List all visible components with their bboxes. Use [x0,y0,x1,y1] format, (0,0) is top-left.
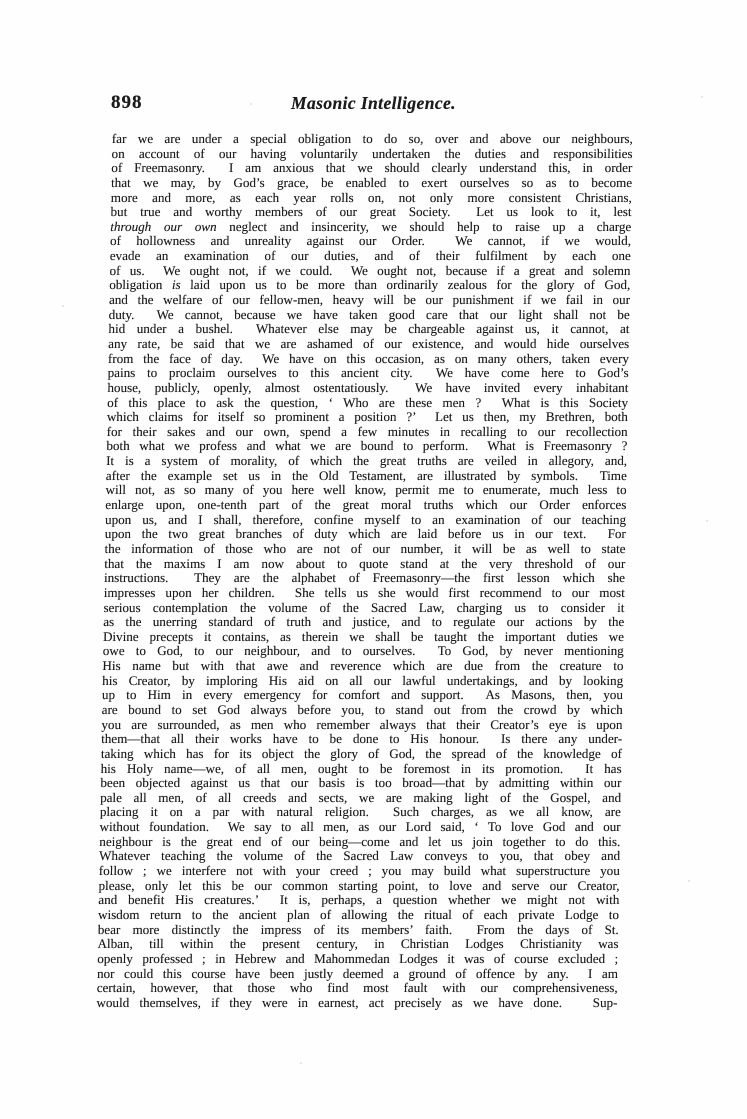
text-line: enlarge upon, one-tenth part of the grea… [105,498,626,513]
text-line: upon the two great branches of duty whic… [105,527,626,542]
running-title: Masonic Intelligence. [0,93,747,114]
text-line: evade an examination of our duties, and … [110,249,631,264]
text-line: that the maxims I am now about to quote … [104,557,625,572]
scan-speck [250,103,252,105]
text-line: but true and worthy members of our great… [110,205,631,220]
scan-speck [524,139,526,141]
text-line: house, publicly, openly, almost ostentat… [107,381,628,396]
scan-speck [706,520,708,522]
scanned-document-page: 898 Masonic Intelligence. far we are und… [0,0,747,1119]
text-line: obligation is laid upon us to be more th… [109,278,630,293]
text-line: of us. We ought not, if we could. We oug… [109,264,630,279]
scan-speck [530,1008,532,1010]
text-line: would themselves, if they were in earnes… [96,996,617,1011]
body-text: far we are under a special obligation to… [96,132,633,1010]
text-line: through our own neglect and insincerity,… [110,220,631,235]
text-line: follow ; we interfere not with your cree… [99,864,620,879]
text-line: the information of those who are not of … [104,542,625,557]
text-line: of Freemasonry. I am anxious that we sho… [111,161,632,176]
text-line: It is a system of morality, of which the… [106,454,627,469]
text-line: them—that all their works have to be don… [101,732,622,747]
text-line: taking which has for its object the glor… [101,747,622,762]
text-line: upon us, and I shall, therefore, confine… [105,513,626,528]
text-line: nor could this course have been justly d… [97,967,618,982]
text-line: hid under a bushel. Whatever else may be… [108,322,629,337]
text-line: Divine precepts it contains, as therein … [103,630,624,645]
text-line: as the unerring standard of truth and ju… [103,615,624,630]
text-line: Whatever teaching the volume of the Sacr… [99,849,620,864]
text-line: pale all men, of all creeds and sects, w… [100,791,621,806]
scan-speck [300,1062,302,1064]
running-header: 898 Masonic Intelligence. [0,92,747,118]
text-line: placing it on a par with natural religio… [100,805,621,820]
text-line: impresses upon her children. She tells u… [104,586,625,601]
text-line: which claims for itself so prominent a p… [107,410,628,425]
text-line: serious contemplation the volume of the … [103,601,624,616]
text-line: neighbour is the great end of our being—… [99,835,620,850]
text-line: of this place to ask the question, ‘ Who… [107,396,628,411]
italic-phrase: is [172,277,181,292]
text-line: duty. We cannot, because we have taken g… [109,308,630,323]
text-line: far we are under a special obligation to… [112,132,633,147]
text-line: are bound to set God always before you, … [102,703,623,718]
text-line: wisdom return to the ancient plan of all… [98,908,619,923]
text-line: instructions. They are the alphabet of F… [104,571,625,586]
text-line: Alban, till within the present century, … [97,937,618,952]
text-line: up to Him in every emergency for comfort… [102,688,623,703]
text-line: been objected against us that our basis … [100,776,621,791]
text-line: both what we profess and what we are bou… [106,439,627,454]
text-line: owe to God, to our neighbour, and to our… [103,644,624,659]
scan-speck [62,305,64,307]
text-line: please, only let this be our common star… [98,879,619,894]
text-line: his Creator, by imploring His aid on all… [102,674,623,689]
text-line: from the face of day. We have on this oc… [108,352,629,367]
text-line: will not, as so many of you here well kn… [105,483,626,498]
text-line: more and more, as each year rolls on, no… [111,191,632,206]
text-line: and benefit His creatures.’ It is, perha… [98,893,619,908]
scan-speck [688,880,690,882]
scan-speck [701,96,703,98]
text-line: any rate, be said that we are ashamed of… [108,337,629,352]
text-line: that we may, by God’s grace, be enabled … [111,176,632,191]
text-line: of hollowness and unreality against our … [110,234,631,249]
text-line: bear more distinctly the impress of its … [98,923,619,938]
italic-phrase: through our own [110,219,217,234]
text-line: certain, however, that those who find mo… [97,981,618,996]
text-line: his Holy name—we, of all men, ought to b… [101,762,622,777]
text-line: pains to proclaim ourselves to this anci… [108,366,629,381]
text-line: openly professed ; in Hebrew and Mahomme… [97,952,618,967]
text-line: for their sakes and our own, spend a few… [107,425,628,440]
text-line: His name but with that awe and reverence… [102,659,623,674]
text-line: on account of our having voluntarily und… [111,147,632,162]
text-line: after the example set us in the Old Test… [106,469,627,484]
text-line: without foundation. We say to all men, a… [99,820,620,835]
text-line: you are surrounded, as men who remember … [101,718,622,733]
text-line: and the welfare of our fellow-men, heavy… [109,293,630,308]
